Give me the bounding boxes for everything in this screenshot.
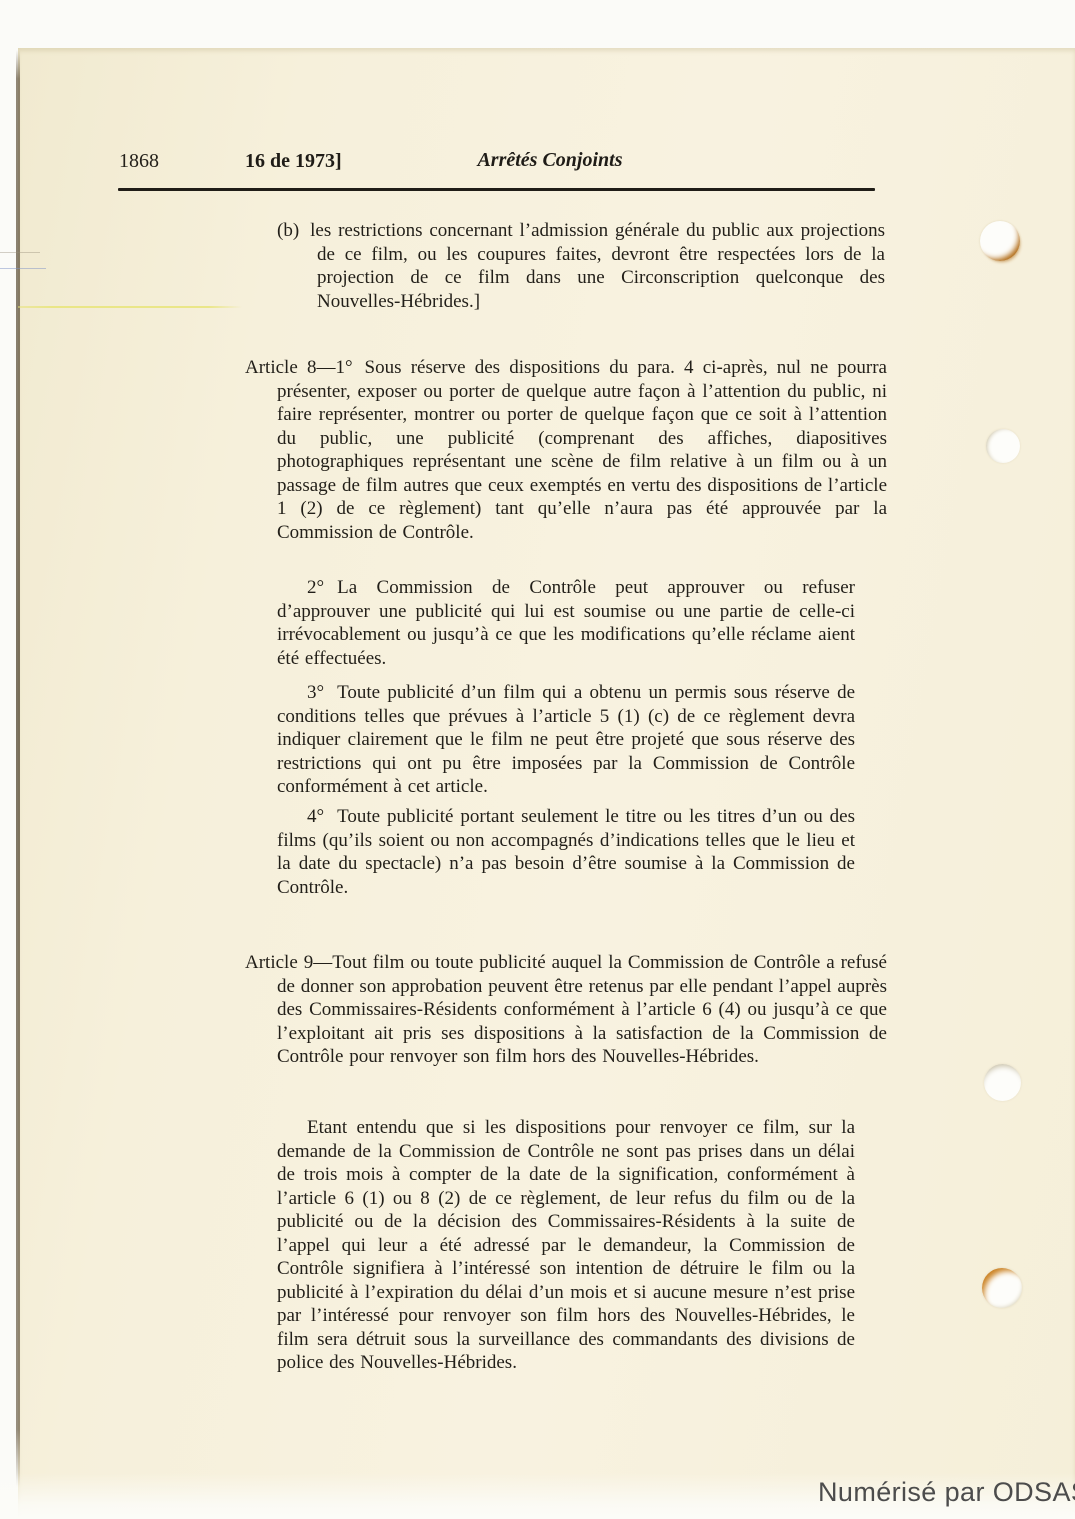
article-9-para-2: Etant entendu que si les dispositions po… <box>277 1116 855 1375</box>
punch-hole <box>980 221 1020 261</box>
article-9-heading: Article 9— <box>245 952 332 973</box>
clause-b-paragraph: (b)les restrictions concernant l’admissi… <box>277 219 885 313</box>
punch-hole <box>982 1268 1022 1308</box>
scan-mark <box>0 252 40 253</box>
clause-b-label: (b) <box>277 220 299 241</box>
article-8-heading: Article 8—1° <box>245 357 353 378</box>
highlight-mark <box>18 306 242 308</box>
article-9-para-1: Article 9—Tout film ou toute publicité a… <box>245 951 887 1069</box>
clause-b-text: les restrictions concernant l’admission … <box>310 220 885 312</box>
odsas-watermark: Numérisé par ODSAS <box>818 1477 1075 1508</box>
page-number: 1868 <box>119 150 159 173</box>
paper-edge-shadow <box>16 50 20 1487</box>
punch-hole <box>986 429 1020 463</box>
scan-mark <box>0 268 46 269</box>
article-8-para-3: 3°Toute publicité d’un film qui a obtenu… <box>277 681 855 799</box>
article-9-para-2-text: Etant entendu que si les dispositions po… <box>277 1117 855 1373</box>
article-8-para-4: 4°Toute publicité portant seulement le t… <box>277 805 855 899</box>
article-8-para-1-text: Sous réserve des dispositions du para. 4… <box>277 357 887 543</box>
article-8-para-4-number: 4° <box>307 806 324 827</box>
issue-reference: 16 de 1973] <box>245 150 342 173</box>
header-rule <box>118 188 875 191</box>
article-8-para-2-text: La Commission de Contrôle peut approuver… <box>277 577 855 669</box>
punch-hole <box>984 1064 1021 1101</box>
running-title: Arrêtés Conjoints <box>420 149 680 172</box>
article-8-para-4-text: Toute publicité portant seulement le tit… <box>277 806 855 898</box>
article-8-para-2: 2°La Commission de Contrôle peut approuv… <box>277 576 855 670</box>
article-9-para-1-text: Tout film ou toute publicité auquel la C… <box>277 952 887 1067</box>
article-8-para-3-number: 3° <box>307 682 324 703</box>
article-8-para-2-number: 2° <box>307 577 324 598</box>
article-8-para-1: Article 8—1°Sous réserve des disposition… <box>245 356 887 544</box>
article-8-para-3-text: Toute publicité d’un film qui a obtenu u… <box>277 682 855 797</box>
